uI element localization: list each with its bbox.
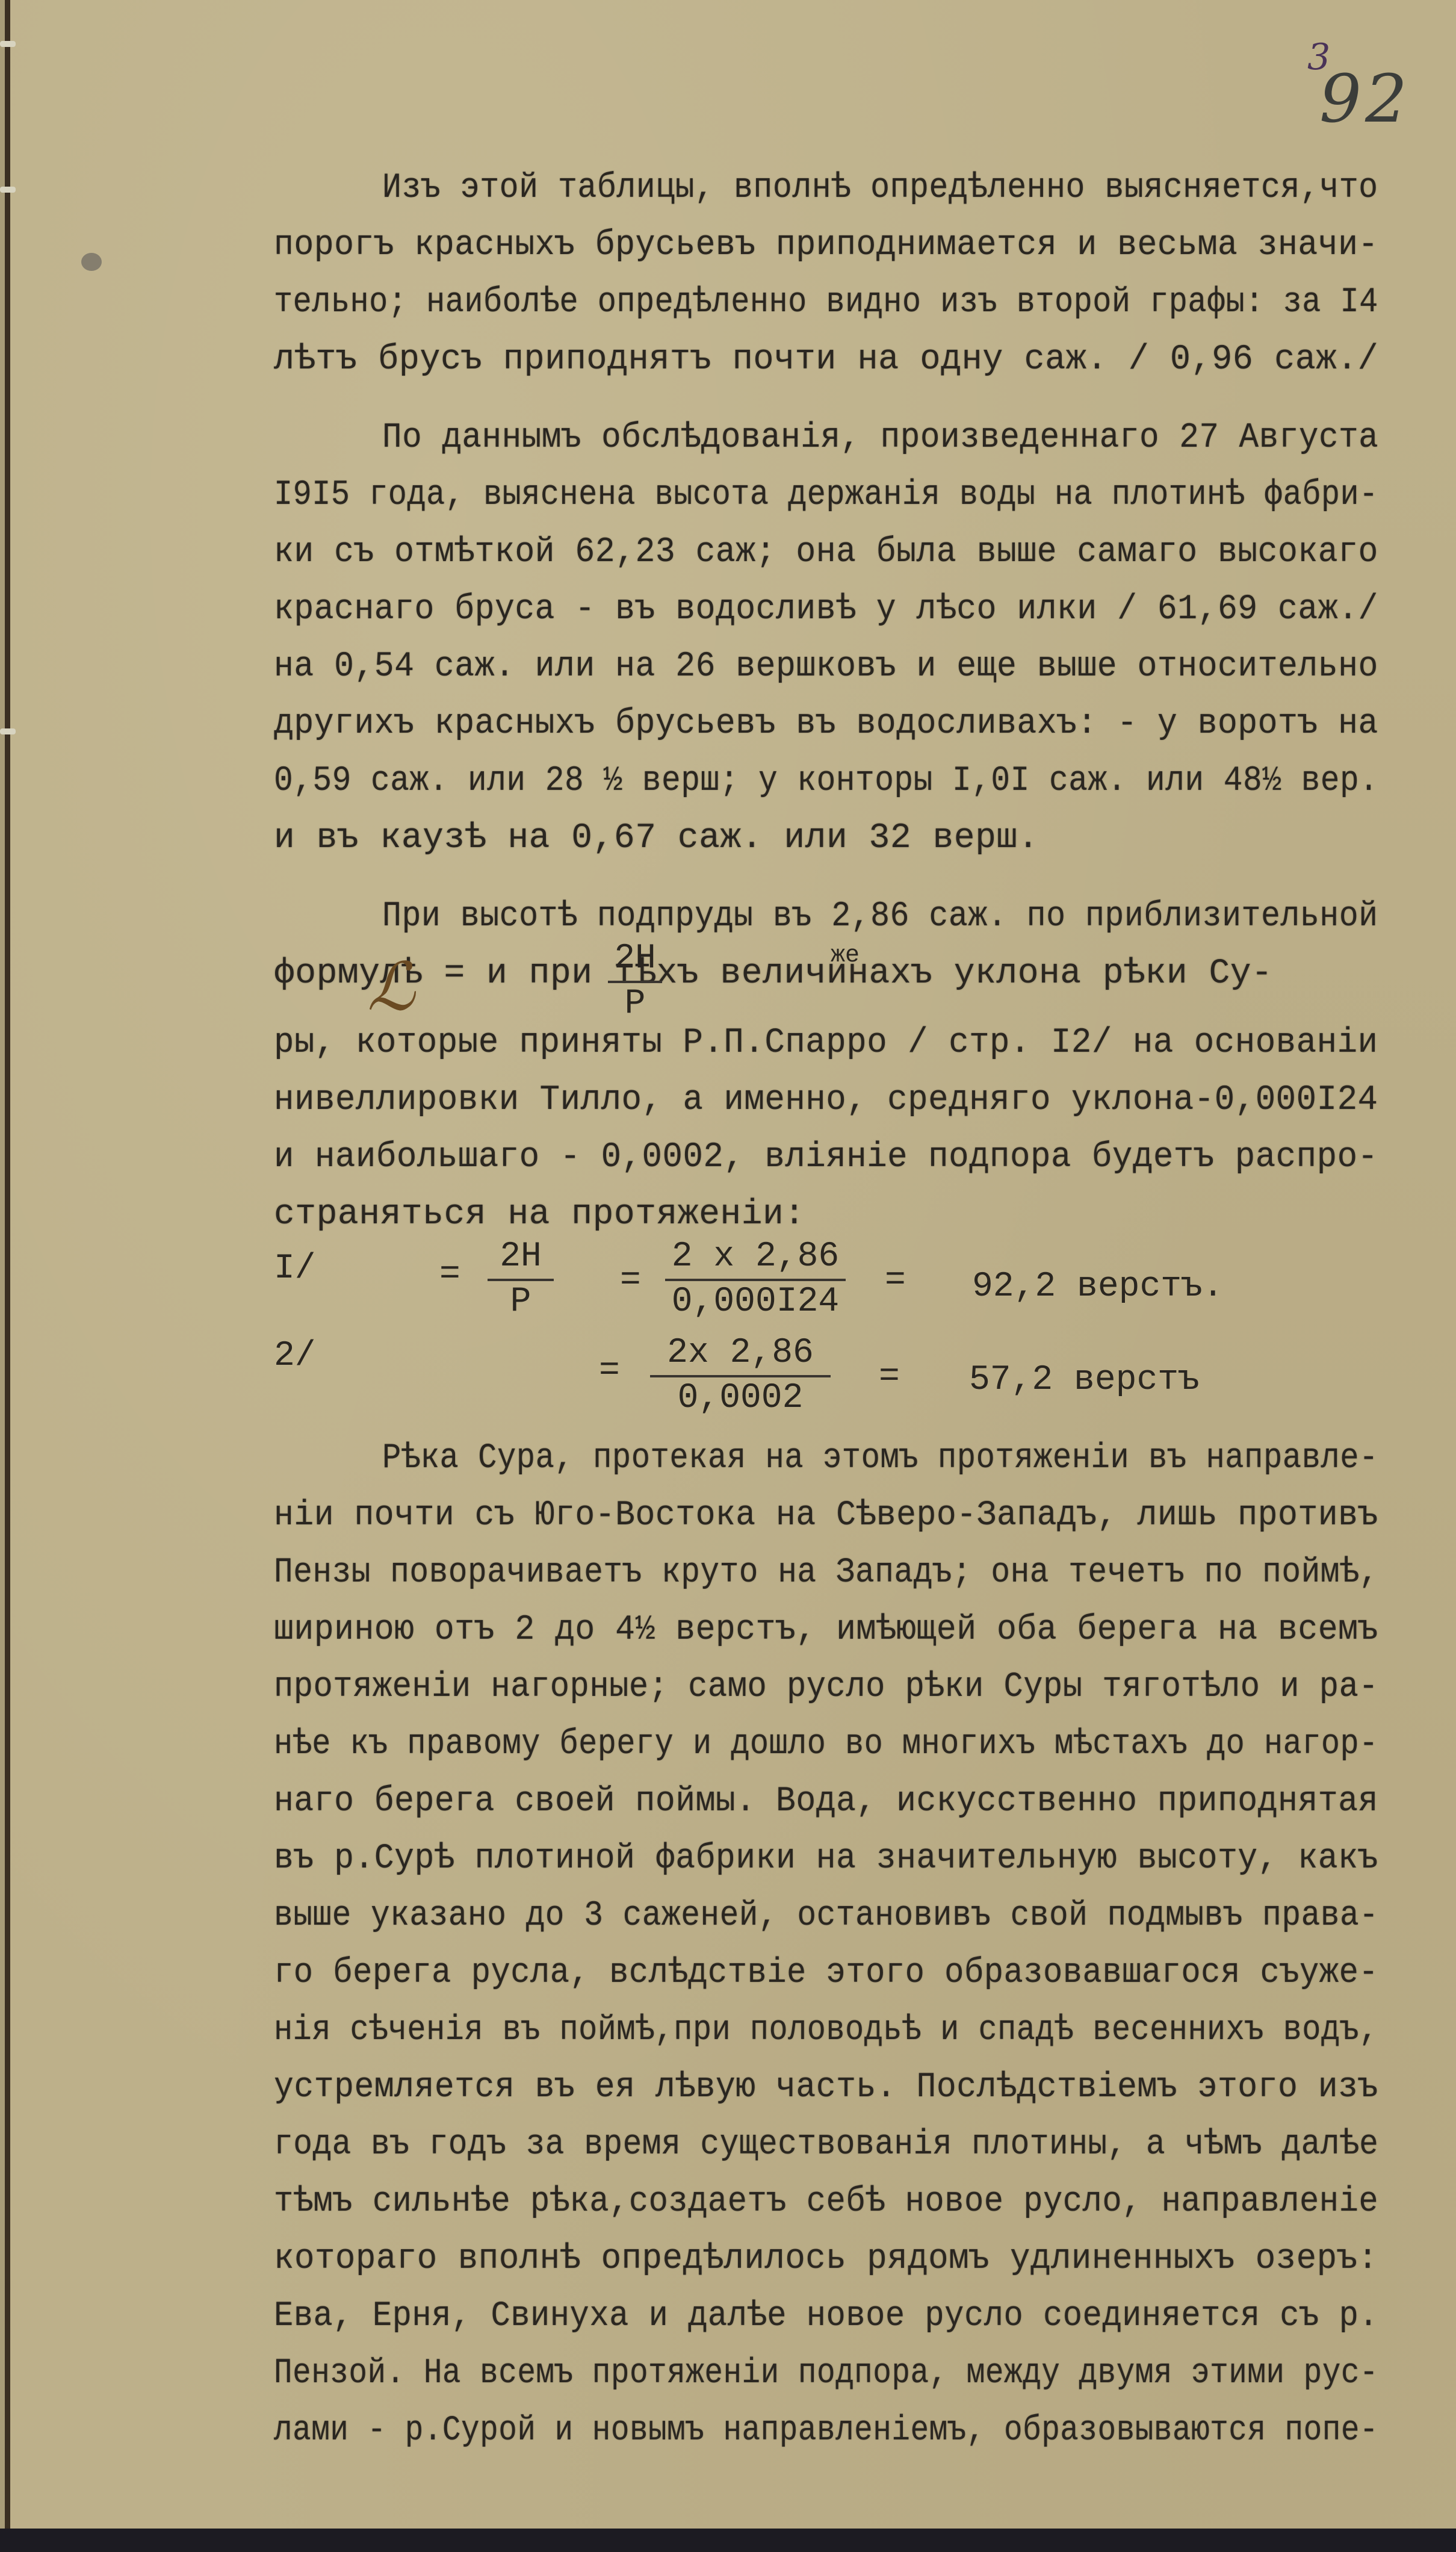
text-line: ніи почти съ Юго-Востока на Сѣверо-Запад… xyxy=(274,1496,1378,1535)
text-line: и наибольшаго - 0,0002, вліяніе подпора … xyxy=(274,1138,1378,1177)
text-line: нѣе къ правому берегу и дошло во многихъ… xyxy=(274,1725,1378,1764)
formula-result: 57,2 верстъ xyxy=(969,1361,1200,1400)
binding-edge xyxy=(0,0,5,2529)
text-line: ки съ отмѣткой 62,23 саж; она была выше … xyxy=(274,533,1378,572)
text-line: въ р.Сурѣ плотиной фабрики на значительн… xyxy=(274,1839,1378,1878)
text-line: I9I5 года, выяснена высота держанія воды… xyxy=(274,476,1378,515)
text-line: года въ годъ за время существованія плот… xyxy=(274,2125,1378,2164)
text-line: ры, которые приняты Р.П.Спарро / стр. I2… xyxy=(274,1023,1378,1063)
text-line: нія сѣченія въ поймѣ,при половодьѣ и спа… xyxy=(274,2011,1378,2050)
fraction: 2 x 2,86 0,000I24 xyxy=(665,1237,846,1321)
text-line: страняться на протяженіи: xyxy=(274,1195,805,1234)
text-line: Рѣка Сура, протекая на этомъ протяженіи … xyxy=(382,1439,1378,1478)
equals-sign: = xyxy=(439,1255,460,1294)
text-line: Пензы поворачиваетъ круто на Западъ; она… xyxy=(274,1553,1378,1592)
binding-stitch xyxy=(0,187,16,193)
handwritten-L-symbol: ℒ xyxy=(367,948,415,1025)
text-line: краснаго бруса - въ водосливѣ у лѣсо илк… xyxy=(274,590,1378,629)
text-line: тѣмъ сильнѣе рѣка,создаетъ себѣ новое ру… xyxy=(274,2182,1378,2221)
text-line: шириною отъ 2 до 4½ верстъ, имѣющей оба … xyxy=(274,1610,1378,1650)
text-line: По даннымъ обслѣдованія, произведеннаго … xyxy=(382,418,1378,458)
folio-number: 92 xyxy=(1319,60,1411,137)
formula-label: 2/ xyxy=(274,1337,316,1376)
text-line: выше указано до 3 саженей, остановивъ св… xyxy=(274,1896,1378,1936)
text-line: лѣтъ брусъ приподнятъ почти на одну саж.… xyxy=(274,340,1378,379)
binding-stitch xyxy=(0,41,16,47)
equals-sign: = xyxy=(599,1352,620,1391)
text-line: наго берега своей поймы. Вода, искусстве… xyxy=(274,1782,1378,1821)
text-line: 0,59 саж. или 28 ½ верш; у конторы I,0I … xyxy=(274,762,1378,801)
equals-sign: = xyxy=(885,1261,906,1300)
binding-stitch xyxy=(0,728,16,734)
text-line: лами - р.Сурой и новымъ направленіемъ, о… xyxy=(274,2411,1378,2450)
text-line: на 0,54 саж. или на 26 вершковъ и еще вы… xyxy=(274,647,1378,686)
handwritten-insert: же xyxy=(831,942,860,969)
text-line: Изъ этой таблицы, вполнѣ опредѣленно выя… xyxy=(382,169,1378,208)
text-line: тельно; наиболѣе опредѣленно видно изъ в… xyxy=(274,283,1378,322)
inline-fraction: 2H P xyxy=(608,939,662,1023)
text-line: порогъ красныхъ брусьевъ приподнимается … xyxy=(274,226,1378,265)
ink-blot xyxy=(81,253,102,271)
text-line: го берега русла, вслѣдствіе этого образо… xyxy=(274,1954,1378,1993)
text-line: Пензой. На всемъ протяженіи подпора, меж… xyxy=(274,2354,1378,2393)
text-line: При высотѣ подпруды въ 2,86 саж. по приб… xyxy=(382,897,1378,936)
equals-sign: = xyxy=(620,1261,641,1300)
text-line: котораго вполнѣ опредѣлилось рядомъ удли… xyxy=(274,2240,1378,2279)
text-line: Ева, Ерня, Свинуха и далѣе новое русло с… xyxy=(274,2297,1378,2336)
equals-sign: = xyxy=(879,1358,900,1397)
formula-result: 92,2 верстъ. xyxy=(972,1267,1224,1306)
scan-background xyxy=(0,2529,1456,2552)
text-line: другихъ красныхъ брусьевъ въ водосливахъ… xyxy=(274,704,1378,744)
text-line: формулѣ = и при тѣхъ величинахъ уклона р… xyxy=(274,954,1272,993)
document-page: 3 92 Изъ этой таблицы, вполнѣ опредѣленн… xyxy=(0,0,1456,2544)
text-line: протяженіи нагорные; само русло рѣки Сур… xyxy=(274,1668,1378,1707)
fraction: 2H P xyxy=(488,1237,554,1321)
fraction: 2x 2,86 0,0002 xyxy=(650,1333,831,1418)
text-line: устремляется въ ея лѣвую часть. Послѣдст… xyxy=(274,2068,1378,2107)
text-line: и въ каузѣ на 0,67 саж. или 32 верш. xyxy=(274,819,1039,858)
formula-label: I/ xyxy=(274,1249,316,1288)
text-line: нивеллировки Тилло, а именно, средняго у… xyxy=(274,1081,1378,1120)
binding-spine xyxy=(5,0,10,2529)
